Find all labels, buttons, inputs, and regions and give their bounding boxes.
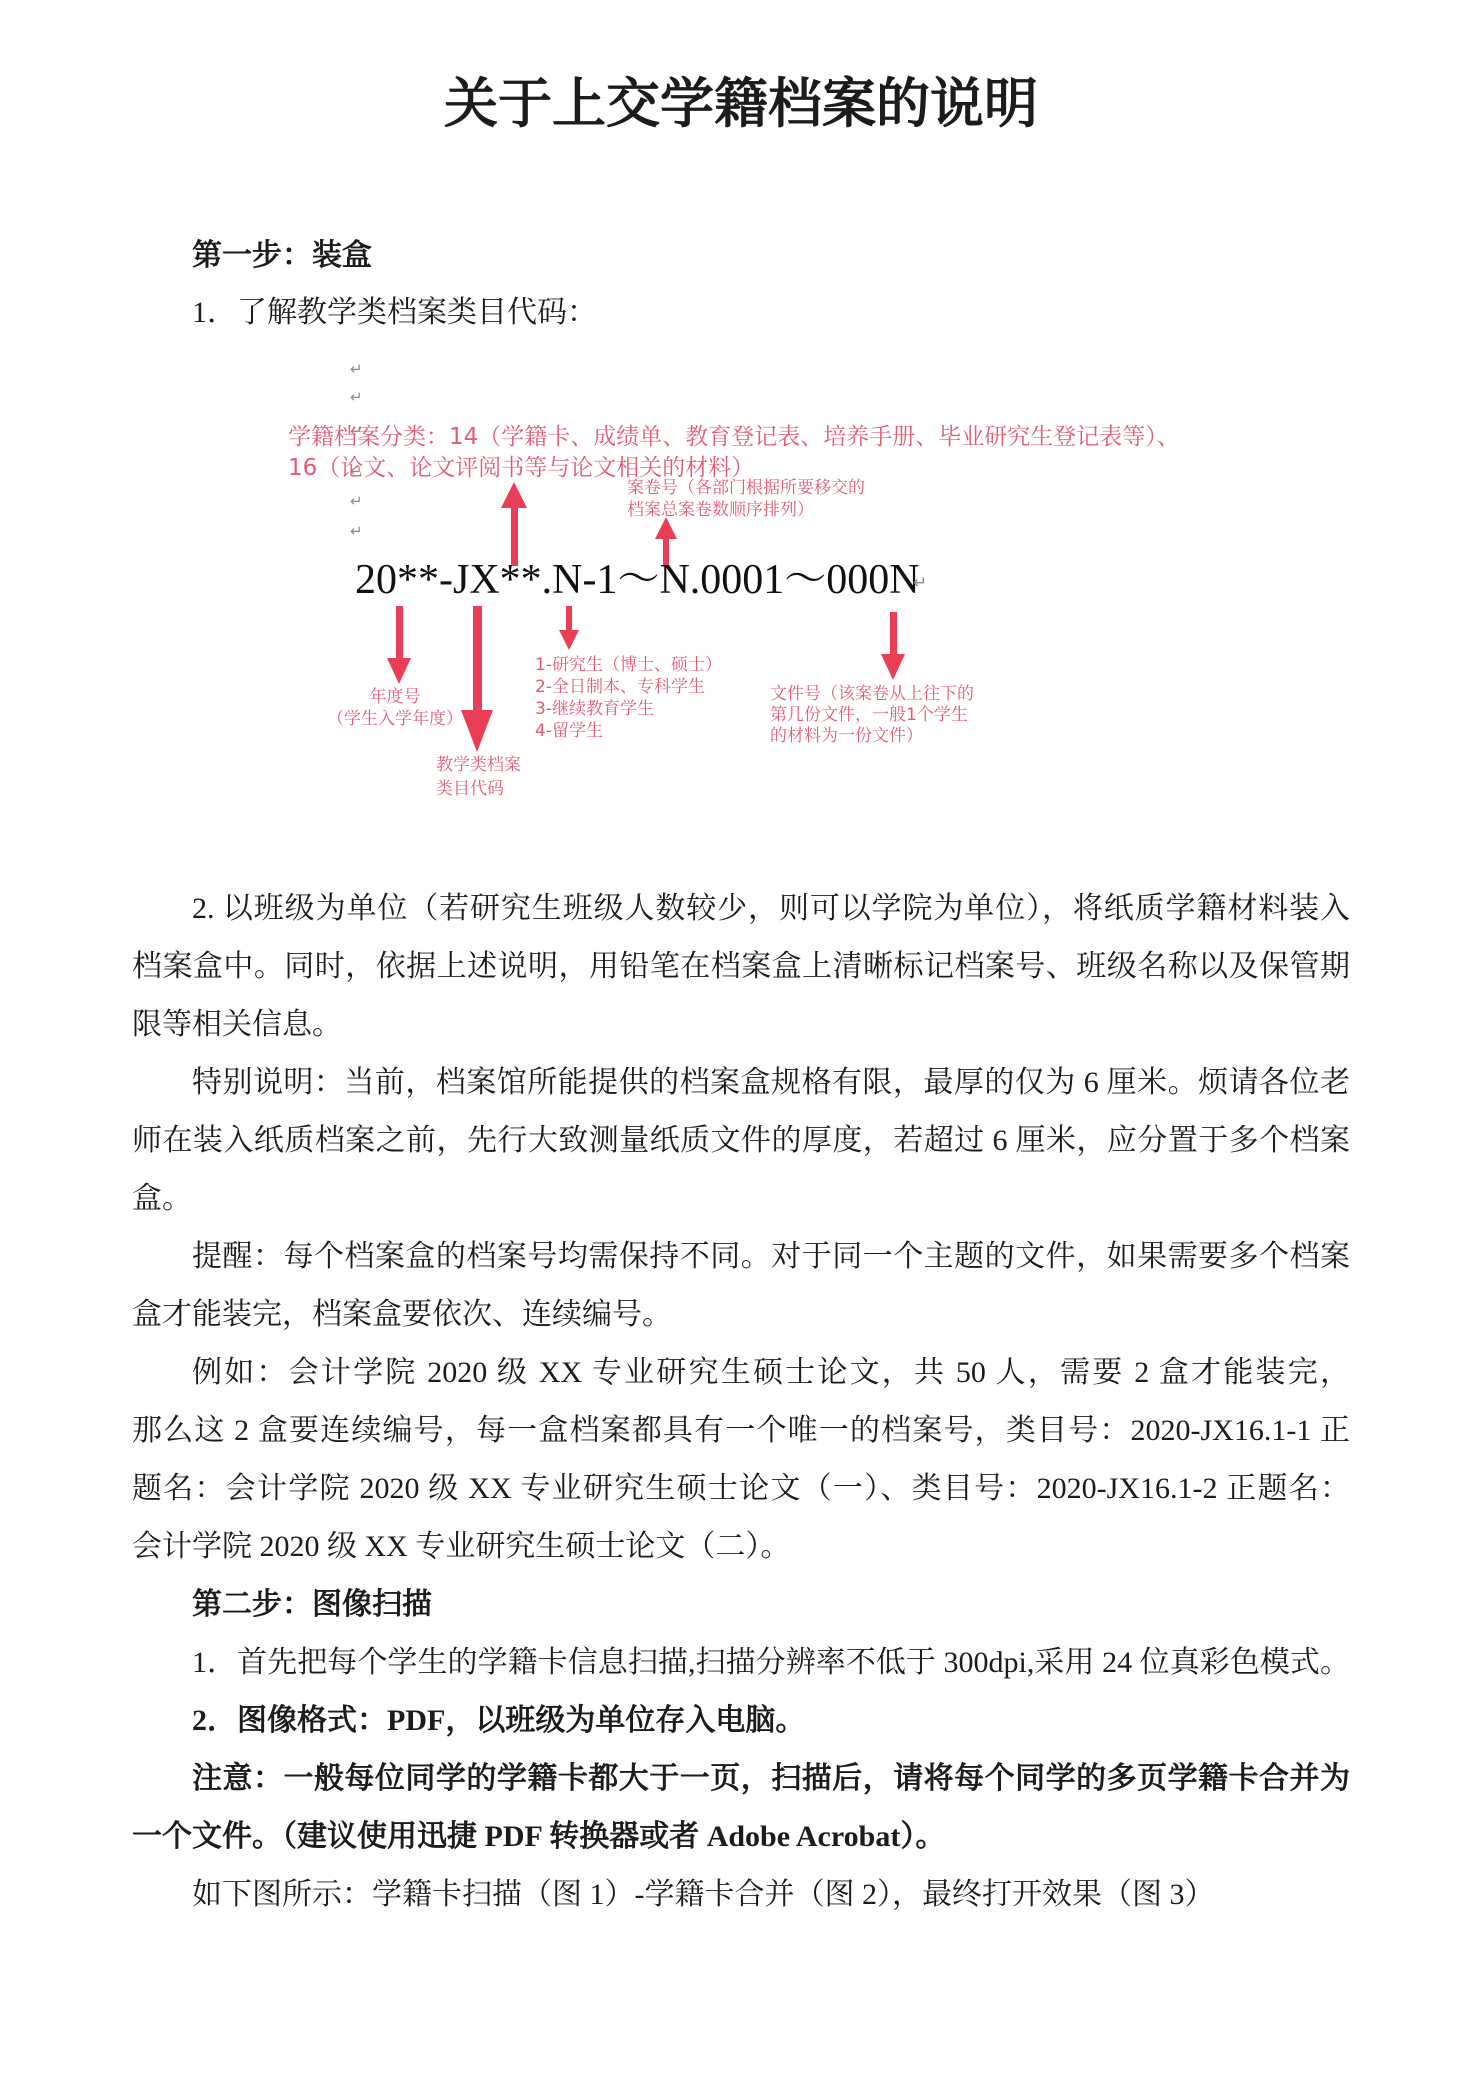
- annotation-line: 2-全日制本、专科学生: [535, 676, 722, 698]
- annotation-line: 文件号（该案卷从上往下的: [770, 684, 974, 705]
- annotation-volume-number: 案卷号（各部门根据所要移交的 档案总案卷数顺序排列）: [627, 477, 865, 521]
- annotation-line: 4-留学生: [535, 720, 722, 742]
- paragraph-line: 题名：会计学院 2020 级 XX 专业研究生硕士论文（一）、类目号：2020-…: [132, 1460, 1350, 1518]
- arrow-shaft: [890, 612, 897, 654]
- document-page: 关于上交学籍档案的说明 第一步：装盒 1．了解教学类档案类目代码： ↵ ↵ ↵ …: [0, 0, 1472, 2082]
- arrow-shaft: [473, 606, 482, 710]
- paragraph-line: 例如：会计学院 2020 级 XX 专业研究生硕士论文，共 50 人，需要 2 …: [132, 1344, 1350, 1402]
- paragraph-line: 限等相关信息。: [132, 996, 1350, 1054]
- annotation-line: 1-研究生（博士、硕士）: [535, 654, 722, 676]
- arrow-shaft: [396, 606, 403, 658]
- paragraph-line: 师在装入纸质档案之前，先行大致测量纸质文件的厚度，若超过 6 厘米，应分置于多个…: [132, 1112, 1350, 1170]
- arrowhead-icon: [559, 630, 579, 650]
- annotation-category-code: 教学类档案 类目代码: [436, 753, 521, 801]
- annotation-line: 教学类档案: [436, 753, 521, 777]
- paragraph-line: 1．首先把每个学生的学籍卡信息扫描,扫描分辨率不低于 300dpi,采用 24 …: [132, 1634, 1350, 1692]
- arrow-down-icon: [461, 606, 493, 752]
- arrowhead-icon: [501, 482, 527, 508]
- arrowhead-icon: [387, 658, 411, 684]
- paragraph-mark-icon: ↵: [350, 362, 363, 377]
- annotation-line: 年度号: [322, 686, 468, 708]
- step1-intro: 1．了解教学类档案类目代码：: [132, 293, 1350, 333]
- paragraph-mark-icon: ↵: [350, 494, 363, 509]
- annotation-year-number: 年度号 （学生入学年度）: [322, 686, 468, 730]
- paragraph-line: 那么这 2 盒要连续编号，每一盒档案都具有一个唯一的档案号，类目号：2020-J…: [132, 1402, 1350, 1460]
- annotation-classification: 学籍档案分类：14（学籍卡、成绩单、教育登记表、培养手册、毕业研究生登记表等）、…: [288, 422, 1180, 484]
- paragraph-mark-icon: ↵: [913, 576, 927, 591]
- annotation-line: 类目代码: [436, 777, 521, 801]
- annotation-line: 第几份文件，一般1个学生: [770, 705, 974, 726]
- annotation-line: 学籍档案分类：14（学籍卡、成绩单、教育登记表、培养手册、毕业研究生登记表等）、: [288, 422, 1180, 453]
- paragraph-line: 盒。: [132, 1170, 1350, 1228]
- step1-heading: 第一步：装盒: [132, 236, 1350, 276]
- arrow-down-icon: [881, 612, 905, 680]
- annotation-line: 3-继续教育学生: [535, 698, 722, 720]
- arrow-down-icon: [559, 606, 579, 650]
- arrow-shaft: [566, 606, 572, 630]
- annotation-file-number: 文件号（该案卷从上往下的 第几份文件，一般1个学生 的材料为一份文件）: [770, 684, 974, 747]
- arrowhead-icon: [655, 517, 677, 539]
- document-body: 2. 以班级为单位（若研究生班级人数较少，则可以学院为单位），将纸质学籍材料装入…: [132, 880, 1350, 1924]
- page-title: 关于上交学籍档案的说明: [132, 72, 1350, 136]
- paragraph-line: 盒才能装完，档案盒要依次、连续编号。: [132, 1286, 1350, 1344]
- annotation-student-types: 1-研究生（博士、硕士） 2-全日制本、专科学生 3-继续教育学生 4-留学生: [535, 654, 722, 742]
- step2-heading: 第二步：图像扫描: [132, 1576, 1350, 1634]
- annotation-line: （学生入学年度）: [322, 708, 468, 730]
- paragraph-line: 如下图所示：学籍卡扫描（图 1）-学籍卡合并（图 2），最终打开效果（图 3）: [132, 1866, 1350, 1924]
- paragraph-line: 一个文件。（建议使用迅捷 PDF 转换器或者 Adobe Acrobat）。: [132, 1808, 1350, 1866]
- paragraph-line: 会计学院 2020 级 XX 专业研究生硕士论文（二）。: [132, 1518, 1350, 1576]
- paragraph-line: 特别说明：当前，档案馆所能提供的档案盒规格有限，最厚的仅为 6 厘米。烦请各位老: [132, 1054, 1350, 1112]
- paragraph-mark-icon: ↵: [350, 524, 363, 539]
- paragraph-line: 2. 以班级为单位（若研究生班级人数较少，则可以学院为单位），将纸质学籍材料装入: [132, 880, 1350, 938]
- paragraph-line: 注意：一般每位同学的学籍卡都大于一页，扫描后，请将每个同学的多页学籍卡合并为: [132, 1750, 1350, 1808]
- paragraph-line: 提醒：每个档案盒的档案号均需保持不同。对于同一个主题的文件，如果需要多个档案: [132, 1228, 1350, 1286]
- annotation-line: 的材料为一份文件）: [770, 726, 974, 747]
- paragraph-line: 档案盒中。同时，依据上述说明，用铅笔在档案盒上清晰标记档案号、班级名称以及保管期: [132, 938, 1350, 996]
- arrowhead-icon: [881, 654, 905, 680]
- paragraph-line: 2．图像格式：PDF，以班级为单位存入电脑。: [132, 1692, 1350, 1750]
- archive-code: 20**-JX**.N-1～N.0001～000N: [355, 556, 920, 604]
- arrow-up-icon: [501, 482, 527, 566]
- arrow-down-icon: [387, 606, 411, 684]
- annotation-line: 案卷号（各部门根据所要移交的: [627, 477, 865, 499]
- paragraph-mark-icon: ↵: [350, 390, 363, 405]
